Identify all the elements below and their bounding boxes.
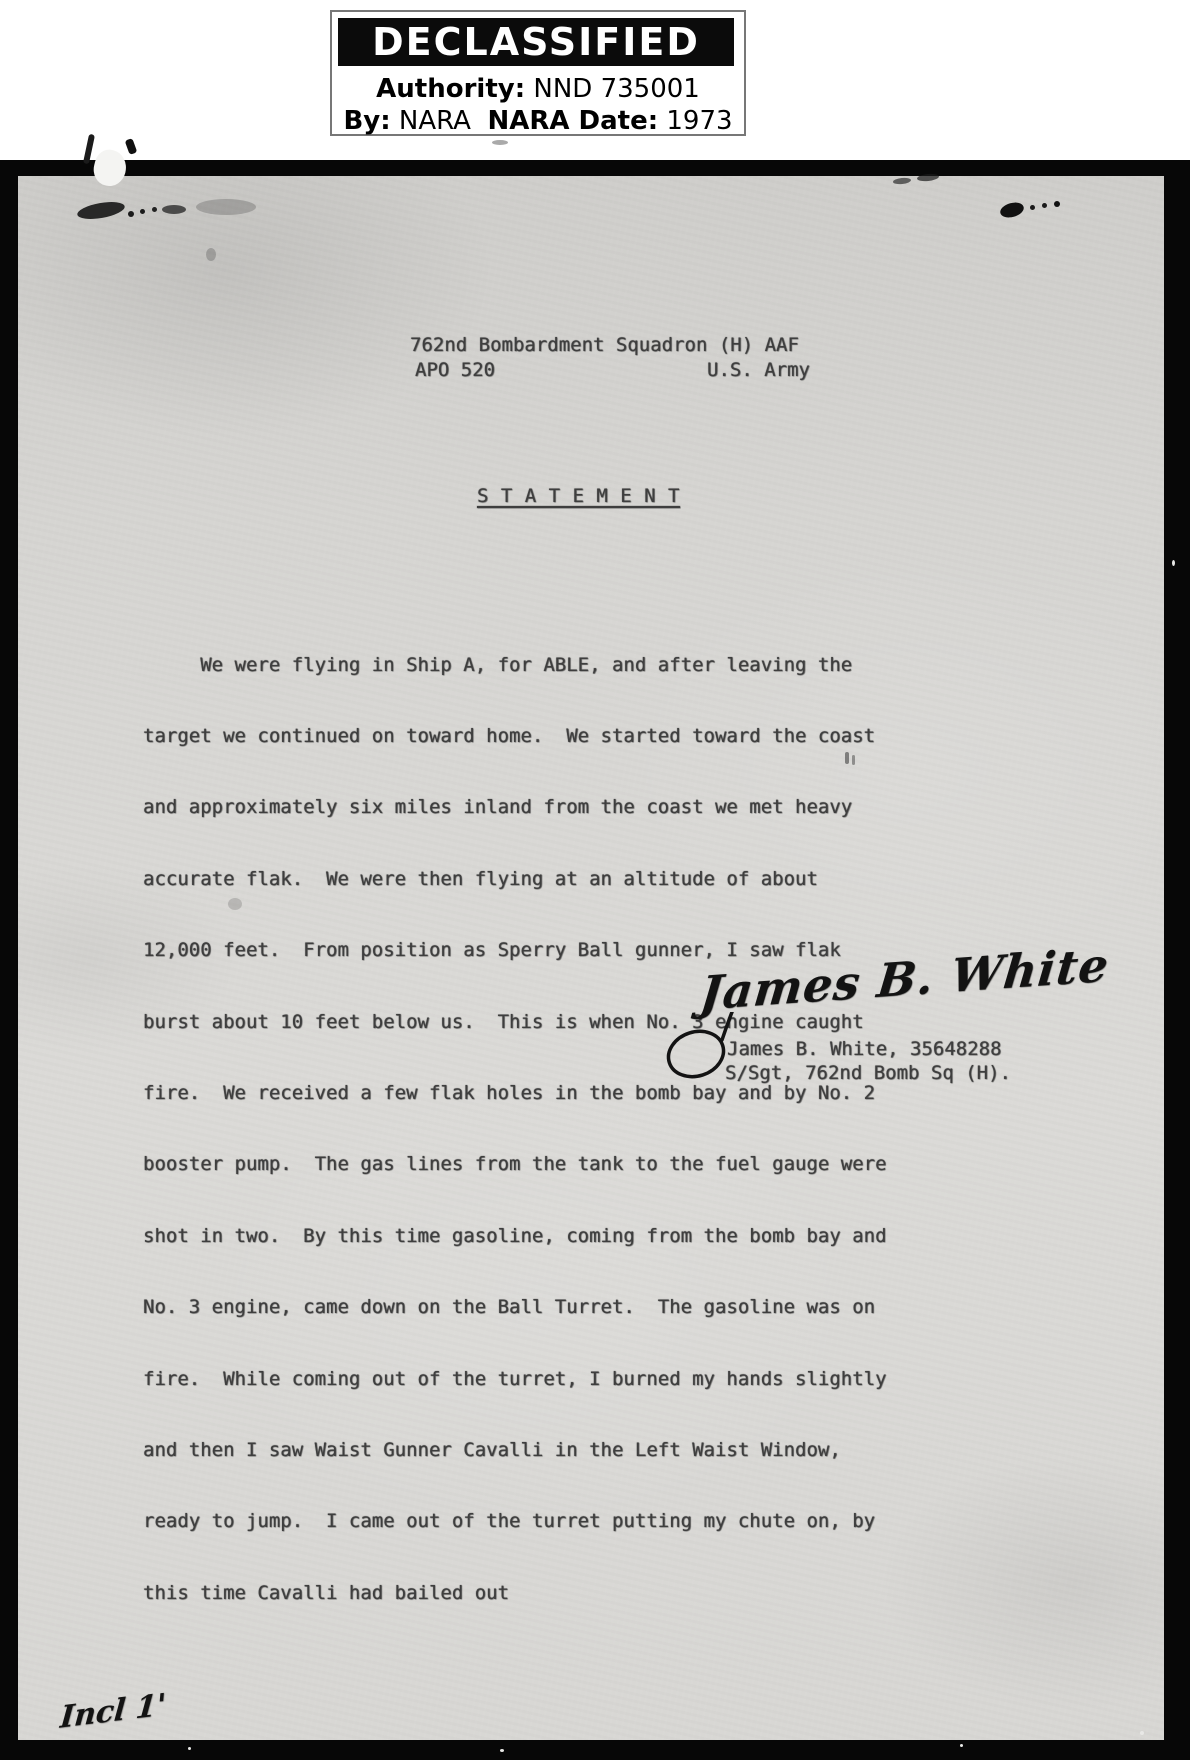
ink-smudge	[206, 248, 216, 261]
stamp-date-value: 1973	[658, 106, 732, 136]
signature-flourish	[638, 1012, 768, 1092]
stamp-date-label: NARA Date:	[487, 106, 658, 136]
ink-speck	[1042, 203, 1047, 208]
statement-line: this time Cavalli had bailed out	[143, 1582, 887, 1606]
statement-line: target we continued on toward home. We s…	[143, 725, 887, 749]
scan-fleck	[1172, 560, 1175, 566]
apo-number: APO 520	[415, 359, 495, 383]
stamp-authority-line: Authority: NND 735001	[332, 74, 744, 104]
statement-line: We were flying in Ship A, for ABLE, and …	[143, 654, 887, 678]
statement-line: booster pump. The gas lines from the tan…	[143, 1153, 887, 1177]
unit-heading: 762nd Bombardment Squadron (H) AAF	[410, 334, 799, 358]
ink-speck	[1054, 201, 1060, 207]
ink-smudge	[492, 140, 508, 145]
stamp-authority-value: NND 735001	[525, 74, 700, 104]
scan-fleck	[500, 1749, 504, 1752]
ink-speck	[140, 209, 145, 214]
ink-smudge	[162, 205, 186, 214]
statement-line: fire. While coming out of the turret, I …	[143, 1368, 887, 1392]
signature-typed-name: James B. White, 35648288	[727, 1038, 1002, 1062]
scan-fleck	[188, 1747, 191, 1750]
ink-speck	[1030, 205, 1035, 210]
statement-line: shot in two. By this time gasoline, comi…	[143, 1225, 887, 1249]
stamp-title-bar: DECLASSIFIED	[338, 18, 734, 66]
scan-fleck	[960, 1744, 963, 1747]
army-branch: U.S. Army	[707, 359, 810, 383]
statement-line: and approximately six miles inland from …	[143, 796, 887, 820]
ink-speck	[152, 207, 157, 212]
ink-speck	[128, 211, 134, 217]
stamp-by-label: By:	[343, 106, 390, 136]
statement-body: We were flying in Ship A, for ABLE, and …	[143, 606, 887, 1629]
ink-smudge	[196, 199, 256, 215]
statement-title: S T A T E M E N T	[477, 485, 680, 509]
stamp-by-value: NARA	[391, 106, 488, 136]
stamp-title: DECLASSIFIED	[372, 23, 700, 61]
stamp-authority-label: Authority:	[376, 74, 525, 104]
statement-line: ready to jump. I came out of the turret …	[143, 1510, 887, 1534]
paper-tear-edge	[125, 138, 138, 155]
statement-line: No. 3 engine, came down on the Ball Turr…	[143, 1296, 887, 1320]
scan-fleck	[1140, 1731, 1144, 1735]
declassified-stamp: DECLASSIFIED Authority: NND 735001 By: N…	[330, 10, 746, 136]
statement-line: 12,000 feet. From position as Sperry Bal…	[143, 939, 887, 963]
statement-line: and then I saw Waist Gunner Cavalli in t…	[143, 1439, 887, 1463]
statement-line: accurate flak. We were then flying at an…	[143, 868, 887, 892]
stamp-by-line: By: NARA NARA Date: 1973	[332, 106, 744, 136]
